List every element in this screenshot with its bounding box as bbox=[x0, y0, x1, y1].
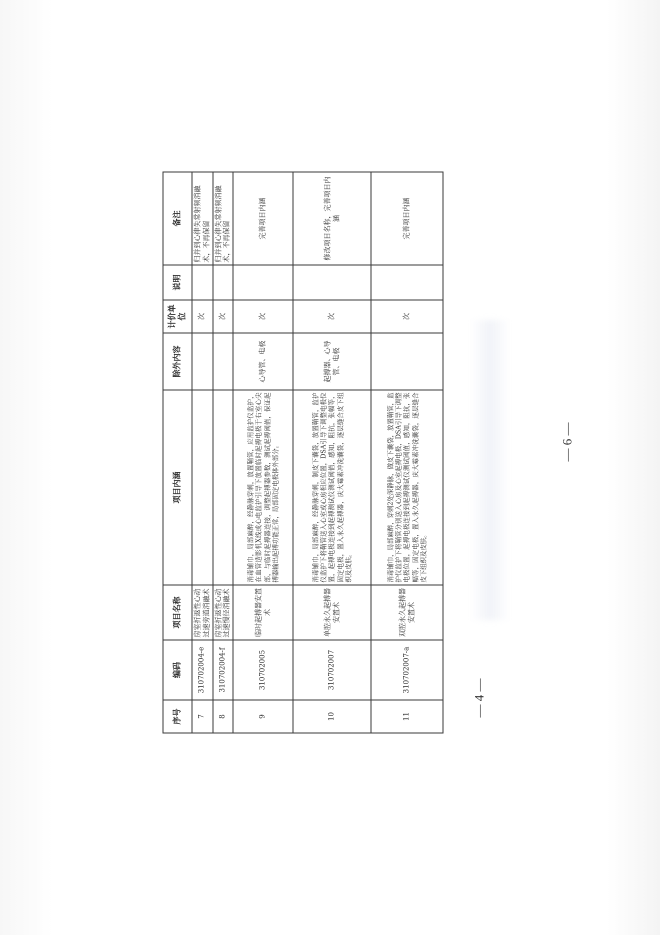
rotated-table-container: 序号 编码 项目名称 项目内涵 除外内容 计价单位 说明 备注 7 310702… bbox=[162, 172, 440, 733]
cell-name: 房室折返性心动过速慢径消融术 bbox=[212, 585, 233, 640]
cell-content: 消毒铺巾，局部麻醉，穿刺2处深静脉，做皮下囊袋，放置鞘管，监护仪监护下将鞘管分别… bbox=[371, 390, 443, 585]
cell-excluded bbox=[212, 333, 233, 390]
cell-excluded: 心导管、电极 bbox=[233, 333, 293, 390]
header-unit: 计价单位 bbox=[163, 300, 192, 333]
header-note: 说明 bbox=[163, 265, 192, 300]
cell-remark: 归并到心律失常射频消融术，不再保留 bbox=[212, 172, 233, 265]
cell-seq: 11 bbox=[371, 700, 443, 733]
cell-code: 310702007 bbox=[293, 640, 371, 700]
pricing-table: 序号 编码 项目名称 项目内涵 除外内容 计价单位 说明 备注 7 310702… bbox=[162, 171, 443, 733]
cell-excluded bbox=[192, 333, 213, 390]
header-seq: 序号 bbox=[163, 700, 192, 733]
cell-unit: 次 bbox=[233, 300, 293, 333]
header-remark: 备注 bbox=[163, 172, 192, 265]
cell-name: 双腔永久起搏器安置术 bbox=[371, 585, 443, 640]
cell-note bbox=[192, 265, 213, 300]
table-row: 9 310702005 临时起搏器安置术 消毒铺巾，局部麻醉，经静脉穿刺，放置鞘… bbox=[233, 172, 293, 733]
header-content: 项目内涵 bbox=[163, 390, 192, 585]
cell-remark: 完善项目内涵 bbox=[233, 172, 293, 265]
header-name: 项目名称 bbox=[163, 585, 192, 640]
header-excluded: 除外内容 bbox=[163, 333, 192, 390]
bleed-through-page-number: — 4 — bbox=[472, 679, 488, 718]
cell-unit: 次 bbox=[293, 300, 371, 333]
cell-content bbox=[212, 390, 233, 585]
cell-name: 临时起搏器安置术 bbox=[233, 585, 293, 640]
table-row: 7 310702004-e 房室折返性心动过速旁道消融术 次 归并到心律失常射频… bbox=[192, 172, 213, 733]
cell-code: 310702005 bbox=[233, 640, 293, 700]
table-row: 10 310702007 单腔永久起搏器安置术 消毒铺巾，局部麻醉，经静脉穿刺，… bbox=[293, 172, 371, 733]
table-row: 11 310702007-a 双腔永久起搏器安置术 消毒铺巾，局部麻醉，穿刺2处… bbox=[371, 172, 443, 733]
cell-remark: 归并到心律失常射频消融术，不再保留 bbox=[192, 172, 213, 265]
cell-note bbox=[293, 265, 371, 300]
cell-seq: 9 bbox=[233, 700, 293, 733]
cell-code: 310702004-e bbox=[192, 640, 213, 700]
cell-seq: 7 bbox=[192, 700, 213, 733]
cell-content: 消毒铺巾，局部麻醉，经静脉穿刺，制皮下囊袋，放置鞘管，监护仪监护下将鞘管送入心室… bbox=[293, 390, 371, 585]
cell-seq: 8 bbox=[212, 700, 233, 733]
cell-remark: 修改项目名称，完善项目内涵 bbox=[293, 172, 371, 265]
cell-note bbox=[212, 265, 233, 300]
cell-code: 310702007-a bbox=[371, 640, 443, 700]
bleed-through-shadow bbox=[470, 320, 510, 620]
scanned-page: 序号 编码 项目名称 项目内涵 除外内容 计价单位 说明 备注 7 310702… bbox=[0, 0, 660, 935]
cell-name: 房室折返性心动过速旁道消融术 bbox=[192, 585, 213, 640]
cell-content: 消毒铺巾，局部麻醉，经静脉穿刺，放置鞘管，应用监护仪监护，在血管造影机X线或心电… bbox=[233, 390, 293, 585]
cell-note bbox=[371, 265, 443, 300]
table-header-row: 序号 编码 项目名称 项目内涵 除外内容 计价单位 说明 备注 bbox=[163, 172, 192, 733]
table-row: 8 310702004-f 房室折返性心动过速慢径消融术 次 归并到心律失常射频… bbox=[212, 172, 233, 733]
cell-name: 单腔永久起搏器安置术 bbox=[293, 585, 371, 640]
page-number: — 6 — bbox=[560, 423, 576, 462]
header-code: 编码 bbox=[163, 640, 192, 700]
cell-unit: 次 bbox=[212, 300, 233, 333]
cell-unit: 次 bbox=[371, 300, 443, 333]
cell-content bbox=[192, 390, 213, 585]
cell-seq: 10 bbox=[293, 700, 371, 733]
cell-excluded: 起搏器、心导管、电极 bbox=[293, 333, 371, 390]
cell-unit: 次 bbox=[192, 300, 213, 333]
cell-excluded bbox=[371, 333, 443, 390]
cell-note bbox=[233, 265, 293, 300]
cell-code: 310702004-f bbox=[212, 640, 233, 700]
cell-remark: 完善项目内涵 bbox=[371, 172, 443, 265]
